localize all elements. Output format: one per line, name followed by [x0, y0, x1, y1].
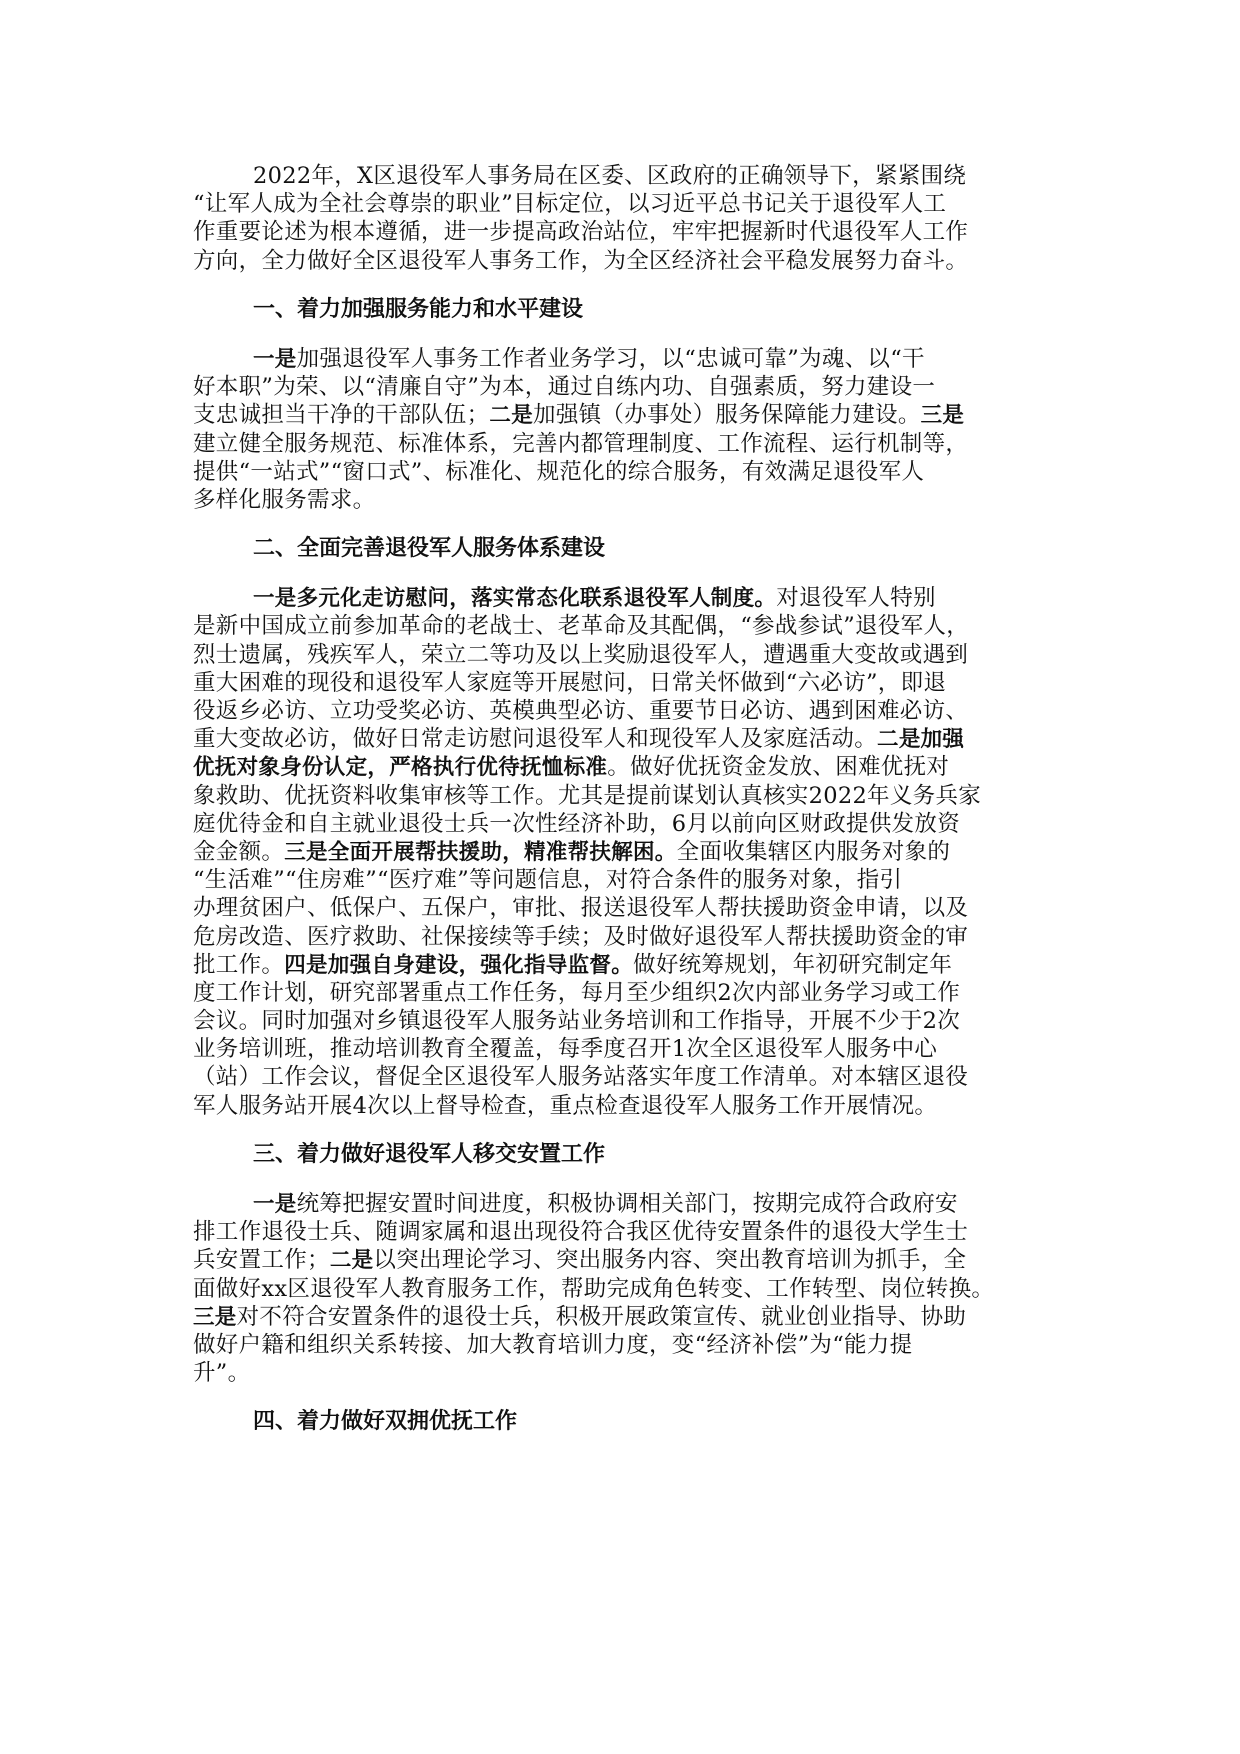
text-line: 2022年，X区退役军人事务局在区委、区政府的正确领导下，紧紧围绕: [193, 162, 1053, 190]
text-line: 业务培训班，推动培训教育全覆盖，每季度召开1次全区退役军人服务中心: [193, 1035, 1053, 1063]
section-1-paragraph: 一是加强退役军人事务工作者业务学习，以“忠诚可靠”为魂、以“干 好本职”为荣、以…: [193, 345, 1053, 514]
bold-lead: 一是多元化走访慰问，落实常态化联系退役军人制度。: [253, 586, 776, 611]
text-line: 役返乡必访、立功受奖必访、英模典型必访、重要节日必访、遇到困难必访、: [193, 697, 1053, 725]
text-line: 烈士遗属，残疾军人，荣立二等功及以上奖励退役军人，遭遇重大变故或遇到: [193, 641, 1053, 669]
text-line: 方向，全力做好全区退役军人事务工作，为全区经济社会平稳发展努力奋斗。: [193, 247, 1053, 275]
section-heading-1: 一、着力加强服务能力和水平建设: [193, 296, 1053, 324]
bold-lead: 三是全面开展帮扶援助，精准帮扶解困。: [284, 840, 676, 865]
text-line: 作重要论述为根本遵循，进一步提高政治站位，牢牢把握新时代退役军人工作: [193, 218, 1053, 246]
text-line: （站）工作会议，督促全区退役军人服务站落实年度工作清单。对本辖区退役: [193, 1063, 1053, 1091]
text-line: 排工作退役士兵、随调家属和退出现役符合我区优待安置条件的退役大学生士: [193, 1218, 1053, 1246]
section-3-paragraph: 一是统筹把握安置时间进度，积极协调相关部门，按期完成符合政府安 排工作退役士兵、…: [193, 1190, 1053, 1387]
bold-lead: 二是: [330, 1248, 374, 1273]
section-heading-2: 二、全面完善退役军人服务体系建设: [193, 535, 1053, 563]
bold-lead: 一是: [253, 347, 297, 372]
text-line: 一是统筹把握安置时间进度，积极协调相关部门，按期完成符合政府安: [193, 1190, 1053, 1218]
section-2-paragraph: 一是多元化走访慰问，落实常态化联系退役军人制度。对退役军人特别 是新中国成立前参…: [193, 584, 1053, 1120]
text-line: 办理贫困户、低保户、五保户，审批、报送退役军人帮扶援助资金申请，以及: [193, 894, 1053, 922]
text-line: 金金额。三是全面开展帮扶援助，精准帮扶解困。全面收集辖区内服务对象的: [193, 838, 1053, 866]
bold-lead: 二是: [489, 403, 533, 428]
text-line: 建立健全服务规范、标准体系，完善内都管理制度、工作流程、运行机制等，: [193, 430, 1053, 458]
text-line: 提供“一站式”“窗口式”、标准化、规范化的综合服务，有效满足退役军人: [193, 458, 1053, 486]
text-line: 是新中国成立前参加革命的老战士、老革命及其配偶，“参战参试”退役军人，: [193, 612, 1053, 640]
text-line: 重大变故必访，做好日常走访慰问退役军人和现役军人及家庭活动。二是加强: [193, 725, 1053, 753]
text-line: 优抚对象身份认定，严格执行优待抚恤标准。做好优抚资金发放、困难优抚对: [193, 753, 1053, 781]
document-page: 2022年，X区退役军人事务局在区委、区政府的正确领导下，紧紧围绕 “让军人成为…: [193, 162, 1053, 1437]
text-line: 会议。同时加强对乡镇退役军人服务站业务培训和工作指导，开展不少于2次: [193, 1007, 1053, 1035]
bold-lead: 一是: [253, 1192, 297, 1217]
text-line: “生活难”“住房难”“医疗难”等问题信息，对符合条件的服务对象，指引: [193, 866, 1053, 894]
section-heading-3: 三、着力做好退役军人移交安置工作: [193, 1141, 1053, 1169]
text-line: 三是对不符合安置条件的退役士兵，积极开展政策宣传、就业创业指导、协助: [193, 1303, 1053, 1331]
text-line: 重大困难的现役和退役军人家庭等开展慰问，日常关怀做到“六必访”，即退: [193, 669, 1053, 697]
text-line: 军人服务站开展4次以上督导检查，重点检查退役军人服务工作开展情况。: [193, 1092, 1053, 1120]
text-line: 多样化服务需求。: [193, 486, 1053, 514]
text-line: 做好户籍和组织关系转接、加大教育培训力度，变“经济补偿”为“能力提: [193, 1331, 1053, 1359]
bold-lead: 优抚对象身份认定，严格执行优待抚恤标准: [193, 755, 607, 780]
text-line: 面做好xx区退役军人教育服务工作，帮助完成角色转变、工作转型、岗位转换。: [193, 1275, 1053, 1303]
text-line: 批工作。四是加强自身建设，强化指导监督。做好统筹规划，年初研究制定年: [193, 951, 1053, 979]
text-line: 一是多元化走访慰问，落实常态化联系退役军人制度。对退役军人特别: [193, 584, 1053, 612]
section-heading-4: 四、着力做好双拥优抚工作: [193, 1408, 1053, 1436]
text-line: 庭优待金和自主就业退役士兵一次性经济补助，6月以前向区财政提供发放资: [193, 810, 1053, 838]
text-line: 兵安置工作；二是以突出理论学习、突出服务内容、突出教育培训为抓手，全: [193, 1246, 1053, 1274]
bold-lead: 二是加强: [877, 727, 964, 752]
intro-paragraph: 2022年，X区退役军人事务局在区委、区政府的正确领导下，紧紧围绕 “让军人成为…: [193, 162, 1053, 275]
text-line: 支忠诚担当干净的干部队伍；二是加强镇（办事处）服务保障能力建设。三是: [193, 401, 1053, 429]
text-line: “让军人成为全社会尊崇的职业”目标定位，以习近平总书记关于退役军人工: [193, 190, 1053, 218]
text-line: 度工作计划，研究部署重点工作任务，每月至少组织2次内部业务学习或工作: [193, 979, 1053, 1007]
text-line: 一是加强退役军人事务工作者业务学习，以“忠诚可靠”为魂、以“干: [193, 345, 1053, 373]
text-line: 危房改造、医疗救助、社保接续等手续；及时做好退役军人帮扶援助资金的审: [193, 923, 1053, 951]
text-line: 好本职”为荣、以“清廉自守”为本，通过自练内功、自强素质，努力建设一: [193, 373, 1053, 401]
bold-lead: 三是: [193, 1305, 237, 1330]
text-line: 象救助、优抚资料收集审核等工作。尤其是提前谋划认真核实2022年义务兵家: [193, 782, 1053, 810]
text-line: 升”。: [193, 1359, 1053, 1387]
bold-lead: 四是加强自身建设，强化指导监督。: [284, 953, 633, 978]
bold-lead: 三是: [921, 403, 965, 428]
